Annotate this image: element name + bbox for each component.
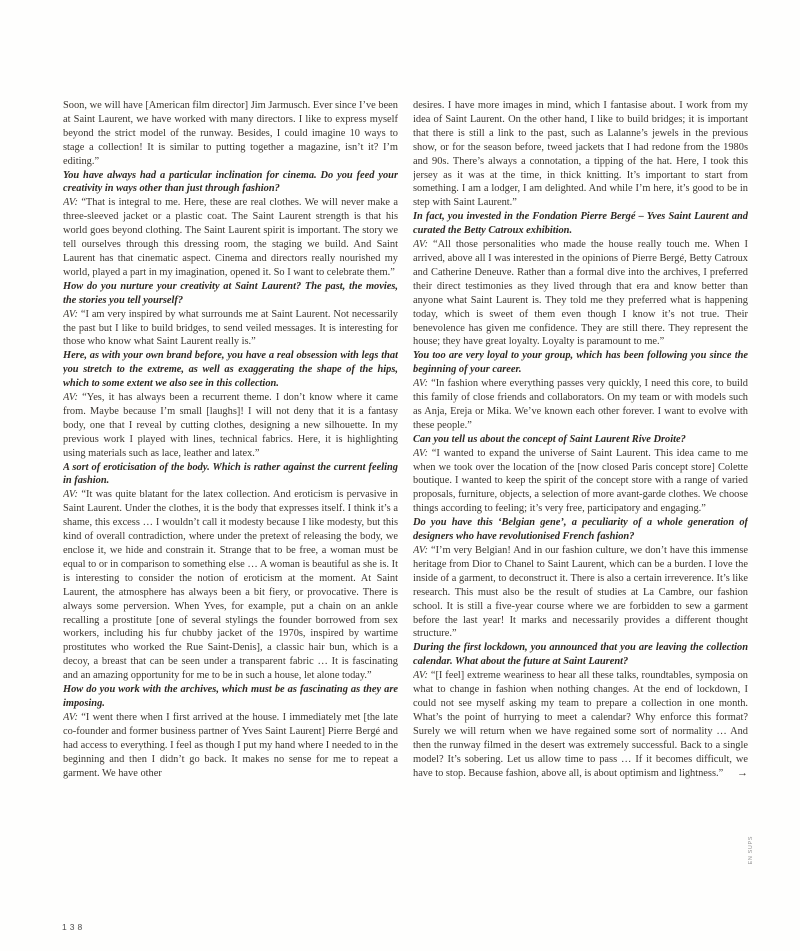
vertical-margin-text: EN SUPS	[748, 836, 754, 864]
answer-text: “I wanted to expand the universe of Sain…	[413, 448, 748, 515]
interview-question: Can you tell us about the concept of Sai…	[413, 433, 748, 447]
answer-text: “In fashion where everything passes very…	[413, 378, 748, 431]
answer-prefix: AV:	[413, 545, 428, 556]
magazine-page: Soon, we will have [American film direct…	[0, 0, 800, 951]
interview-answer: AV: “I am very inspired by what surround…	[63, 308, 398, 350]
answer-prefix: AV:	[63, 392, 78, 403]
interview-question: Here, as with your own brand before, you…	[63, 349, 398, 391]
answer-prefix: AV:	[413, 239, 428, 250]
interview-answer: Soon, we will have [American film direct…	[63, 99, 398, 169]
interview-answer: AV: “I went there when I first arrived a…	[63, 711, 398, 781]
answer-text: desires. I have more images in mind, whi…	[413, 100, 748, 208]
question-text: A sort of eroticisation of the body. Whi…	[63, 462, 398, 487]
interview-answer: AV: “Yes, it has always been a recurrent…	[63, 391, 398, 461]
article-column-left: Soon, we will have [American film direct…	[63, 99, 398, 907]
answer-prefix: AV:	[413, 378, 428, 389]
answer-text: “I’m very Belgian! And in our fashion cu…	[413, 545, 748, 639]
interview-question: How do you nurture your creativity at Sa…	[63, 280, 398, 308]
answer-text: “That is integral to me. Here, these are…	[63, 197, 398, 278]
interview-question: Do you have this ‘Belgian gene’, a pecul…	[413, 516, 748, 544]
answer-prefix: AV:	[63, 309, 78, 320]
question-text: You too are very loyal to your group, wh…	[413, 350, 748, 375]
interview-answer: AV: “In fashion where everything passes …	[413, 377, 748, 433]
answer-text: “It was quite blatant for the latex coll…	[63, 489, 398, 681]
interview-answer: desires. I have more images in mind, whi…	[413, 99, 748, 210]
answer-text: Soon, we will have [American film direct…	[63, 100, 398, 167]
interview-question: In fact, you invested in the Fondation P…	[413, 210, 748, 238]
interview-answer: AV: “I’m very Belgian! And in our fashio…	[413, 544, 748, 641]
answer-prefix: AV:	[63, 712, 78, 723]
question-text: How do you work with the archives, which…	[63, 684, 398, 709]
question-text: Here, as with your own brand before, you…	[63, 350, 398, 389]
interview-answer: AV: “That is integral to me. Here, these…	[63, 196, 398, 279]
interview-question: How do you work with the archives, which…	[63, 683, 398, 711]
interview-question: During the first lockdown, you announced…	[413, 641, 748, 669]
question-text: You have always had a particular inclina…	[63, 170, 398, 195]
answer-text: “[I feel] extreme weariness to hear all …	[413, 670, 748, 778]
article-column-right: desires. I have more images in mind, whi…	[413, 99, 748, 907]
answer-text: “Yes, it has always been a recurrent the…	[63, 392, 398, 459]
answer-prefix: AV:	[63, 197, 78, 208]
interview-answer: AV: “It was quite blatant for the latex …	[63, 488, 398, 683]
answer-prefix: AV:	[63, 489, 78, 500]
interview-answer: AV: “I wanted to expand the universe of …	[413, 447, 748, 517]
answer-text: “All those personalities who made the ho…	[413, 239, 748, 347]
interview-question: You too are very loyal to your group, wh…	[413, 349, 748, 377]
interview-answer: AV: “[I feel] extreme weariness to hear …	[413, 669, 748, 780]
answer-text: “I am very inspired by what surrounds me…	[63, 309, 398, 348]
page-number: 138	[62, 922, 85, 932]
question-text: Do you have this ‘Belgian gene’, a pecul…	[413, 517, 748, 542]
interview-question: A sort of eroticisation of the body. Whi…	[63, 461, 398, 489]
continued-arrow: →	[737, 767, 748, 781]
question-text: In fact, you invested in the Fondation P…	[413, 211, 748, 236]
answer-prefix: AV:	[413, 448, 428, 459]
question-text: Can you tell us about the concept of Sai…	[413, 434, 686, 445]
interview-answer: AV: “All those personalities who made th…	[413, 238, 748, 349]
interview-question: You have always had a particular inclina…	[63, 169, 398, 197]
question-text: How do you nurture your creativity at Sa…	[63, 281, 398, 306]
answer-text: “I went there when I first arrived at th…	[63, 712, 398, 779]
question-text: During the first lockdown, you announced…	[413, 642, 748, 667]
answer-prefix: AV:	[413, 670, 428, 681]
